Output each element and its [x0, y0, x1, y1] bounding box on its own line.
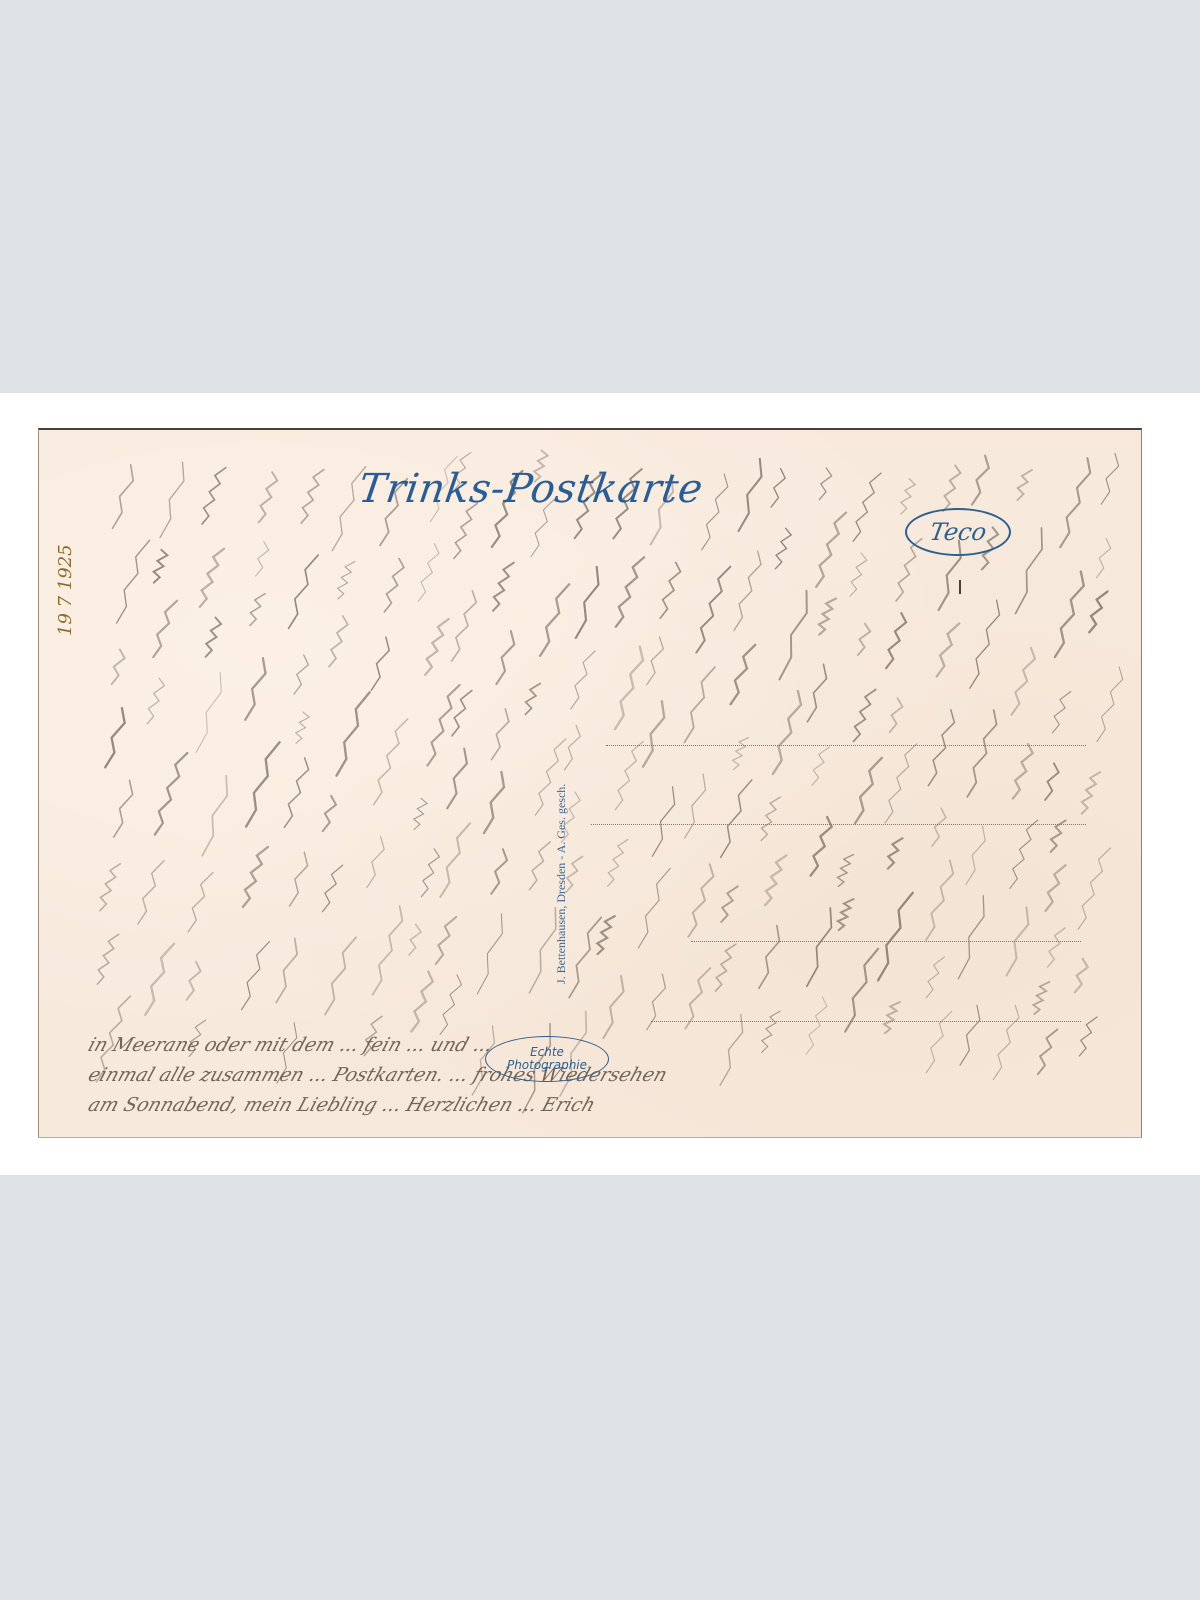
handwritten-line: in Meerane oder mit dem ... fein ... und… — [84, 1030, 1142, 1060]
handwritten-message-bottom: in Meerane oder mit dem ... fein ... und… — [89, 1030, 1142, 1120]
address-line — [606, 745, 1086, 746]
photo-stamp: Echte Photographie — [485, 1036, 609, 1082]
handwritten-date: 19 7 1925 — [55, 506, 76, 636]
address-line — [651, 1021, 1081, 1022]
postcard: Trinks-Postkarte Teco J. Bettenhausen, D… — [38, 428, 1142, 1138]
address-line — [691, 941, 1081, 942]
photo-stamp-line2: Photographie — [507, 1059, 587, 1072]
address-line — [591, 824, 1086, 825]
stamp-corner-mark — [959, 580, 961, 594]
brand-logo-text: Teco — [927, 518, 988, 546]
handwritten-line: einmal alle zusammen ... Postkarten. ...… — [84, 1060, 1142, 1090]
brand-logo: Teco — [905, 508, 1011, 556]
publisher-imprint: J. Bettenhausen, Dresden - A. Ges. gesch… — [554, 580, 569, 984]
card-title: Trinks-Postkarte — [356, 466, 706, 512]
handwritten-line: am Sonnabend, mein Liebling ... Herzlich… — [84, 1090, 1142, 1120]
